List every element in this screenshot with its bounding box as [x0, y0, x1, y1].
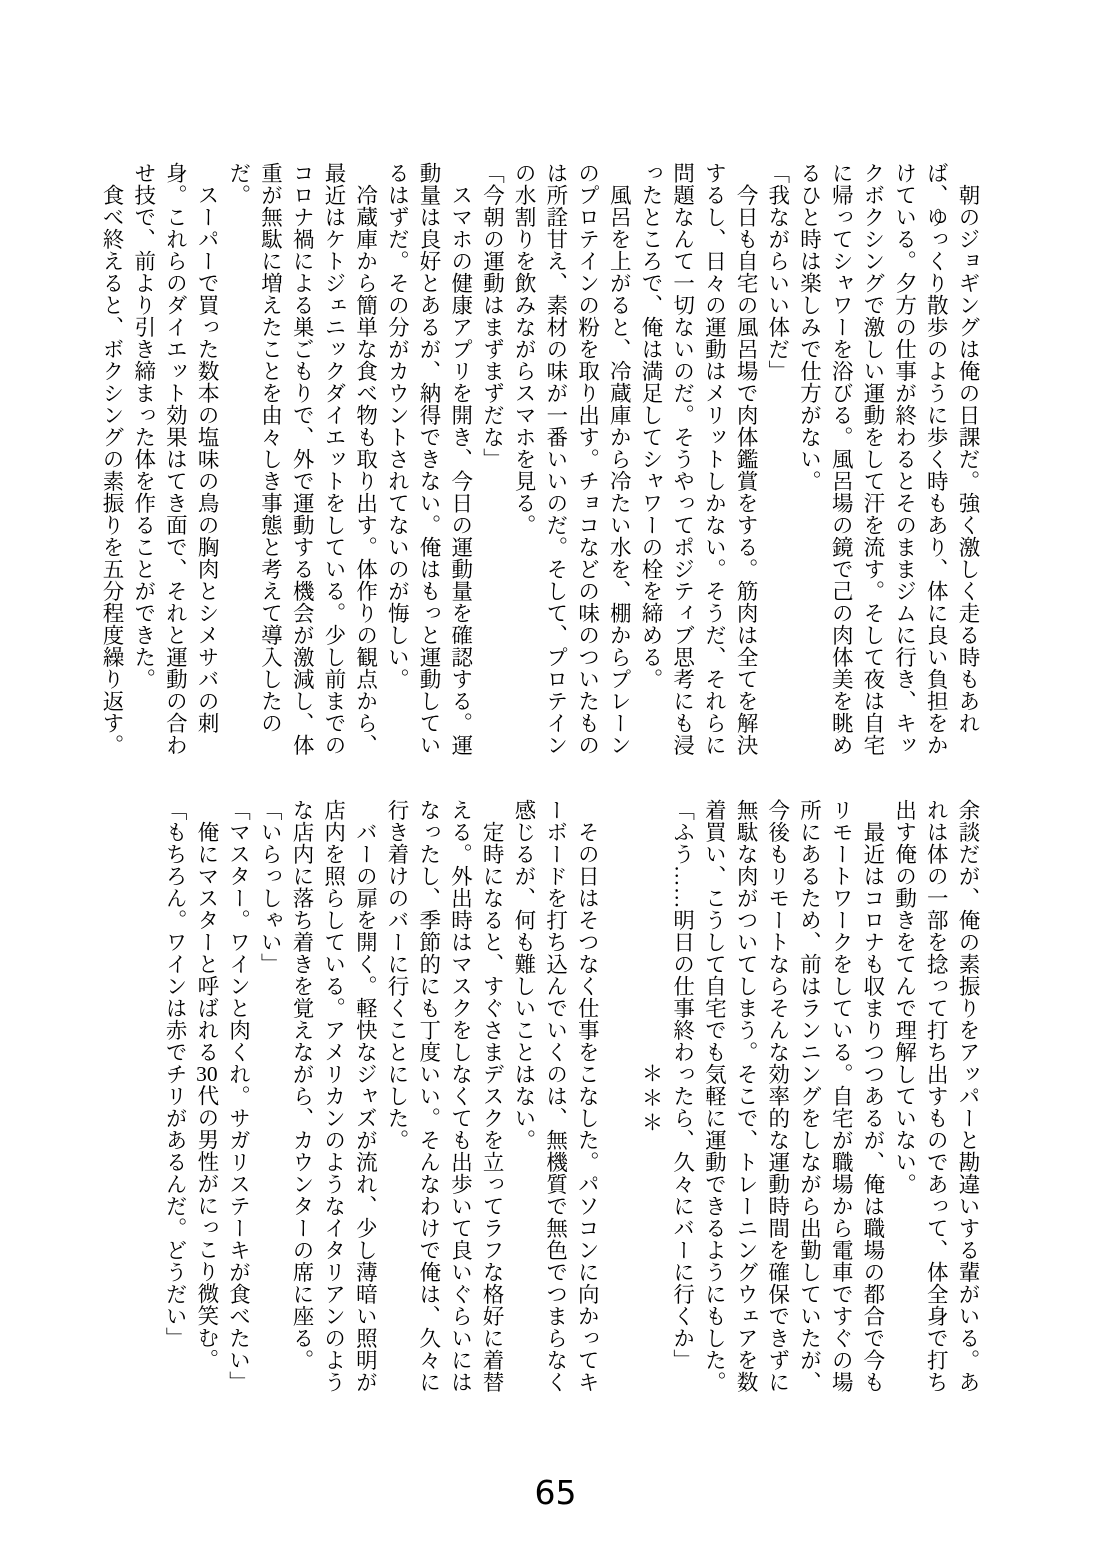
tatechuyoko-number: 30 [195, 1063, 219, 1085]
paragraph: バーの扉を開く。軽快なジャズが流れ、少し薄暗い照明が店内を照らしている。アメリカ… [285, 799, 380, 1395]
novel-page: 朝のジョギングは俺の日課だ。強く激しく走る時もあれば、ゆっくり散歩のように歩く時… [0, 0, 1111, 1554]
dialogue-line: 「ふう……明日の仕事終わったら、久々にバーに行くか」 [666, 799, 698, 1395]
paragraph: 最近はコロナも収まりつつあるが、俺は職場の都合で今もリモートワークをしている。自… [698, 799, 888, 1395]
dialogue-line: 「今朝の運動はまずまずだな」 [476, 162, 508, 758]
paragraph: 風呂を上がると、冷蔵庫から冷たい水を、棚からプレーンのプロテインの粉を取り出す。… [507, 162, 634, 758]
paragraph: 朝のジョギングは俺の日課だ。強く激しく走る時もあれば、ゆっくり散歩のように歩く時… [793, 162, 983, 758]
paragraph: 冷蔵庫から簡単な食べ物も取り出す。体作りの観点から、最近はケトジェニックダイエッ… [222, 162, 381, 758]
paragraph: 今日も自宅の風呂場で肉体鑑賞をする。筋肉は全てを解決するし、日々の運動はメリット… [634, 162, 761, 758]
paragraph: スーパーで買った数本の塩味の鳥の胸肉とシメサバの刺身。これらのダイエット効果はて… [127, 162, 222, 758]
dialogue-line: 「いらっしゃい」 [254, 799, 286, 1395]
scene-separator: ＊＊＊ [634, 799, 666, 1395]
story-text-top-block: 朝のジョギングは俺の日課だ。強く激しく走る時もあれば、ゆっくり散歩のように歩く時… [95, 162, 983, 758]
paragraph: 俺にマスターと呼ばれる30代の男性がにっこり微笑む。 [190, 799, 222, 1395]
paragraph: 余談だが、俺の素振りをアッパーと勘違いする輩がいる。あれは体の一部を捻って打ち出… [888, 799, 983, 1395]
dialogue-line: 「もちろん。ワインは赤でチリがあるんだ。どうだい」 [158, 799, 190, 1395]
story-text-bottom-block: 余談だが、俺の素振りをアッパーと勘違いする輩がいる。あれは体の一部を捻って打ち出… [158, 799, 983, 1395]
dialogue-line: 「マスター。ワインと肉くれ。サガリステーキが食べたい」 [222, 799, 254, 1395]
paragraph: スマホの健康アプリを開き、今日の運動量を確認する。運動量は良好とあるが、納得でき… [381, 162, 476, 758]
paragraph: その日はそつなく仕事をこなした。パソコンに向かってキーボードを打ち込んでいくのは… [507, 799, 602, 1395]
paragraph: 食べ終えると、ボクシングの素振りを五分程度繰り返す。 [95, 162, 127, 758]
page-number: 65 [0, 1476, 1111, 1509]
dialogue-line: 「我ながらいい体だ」 [761, 162, 793, 758]
paragraph: 定時になると、すぐさまデスクを立ってラフな格好に着替える。外出時はマスクをしなく… [380, 799, 507, 1395]
